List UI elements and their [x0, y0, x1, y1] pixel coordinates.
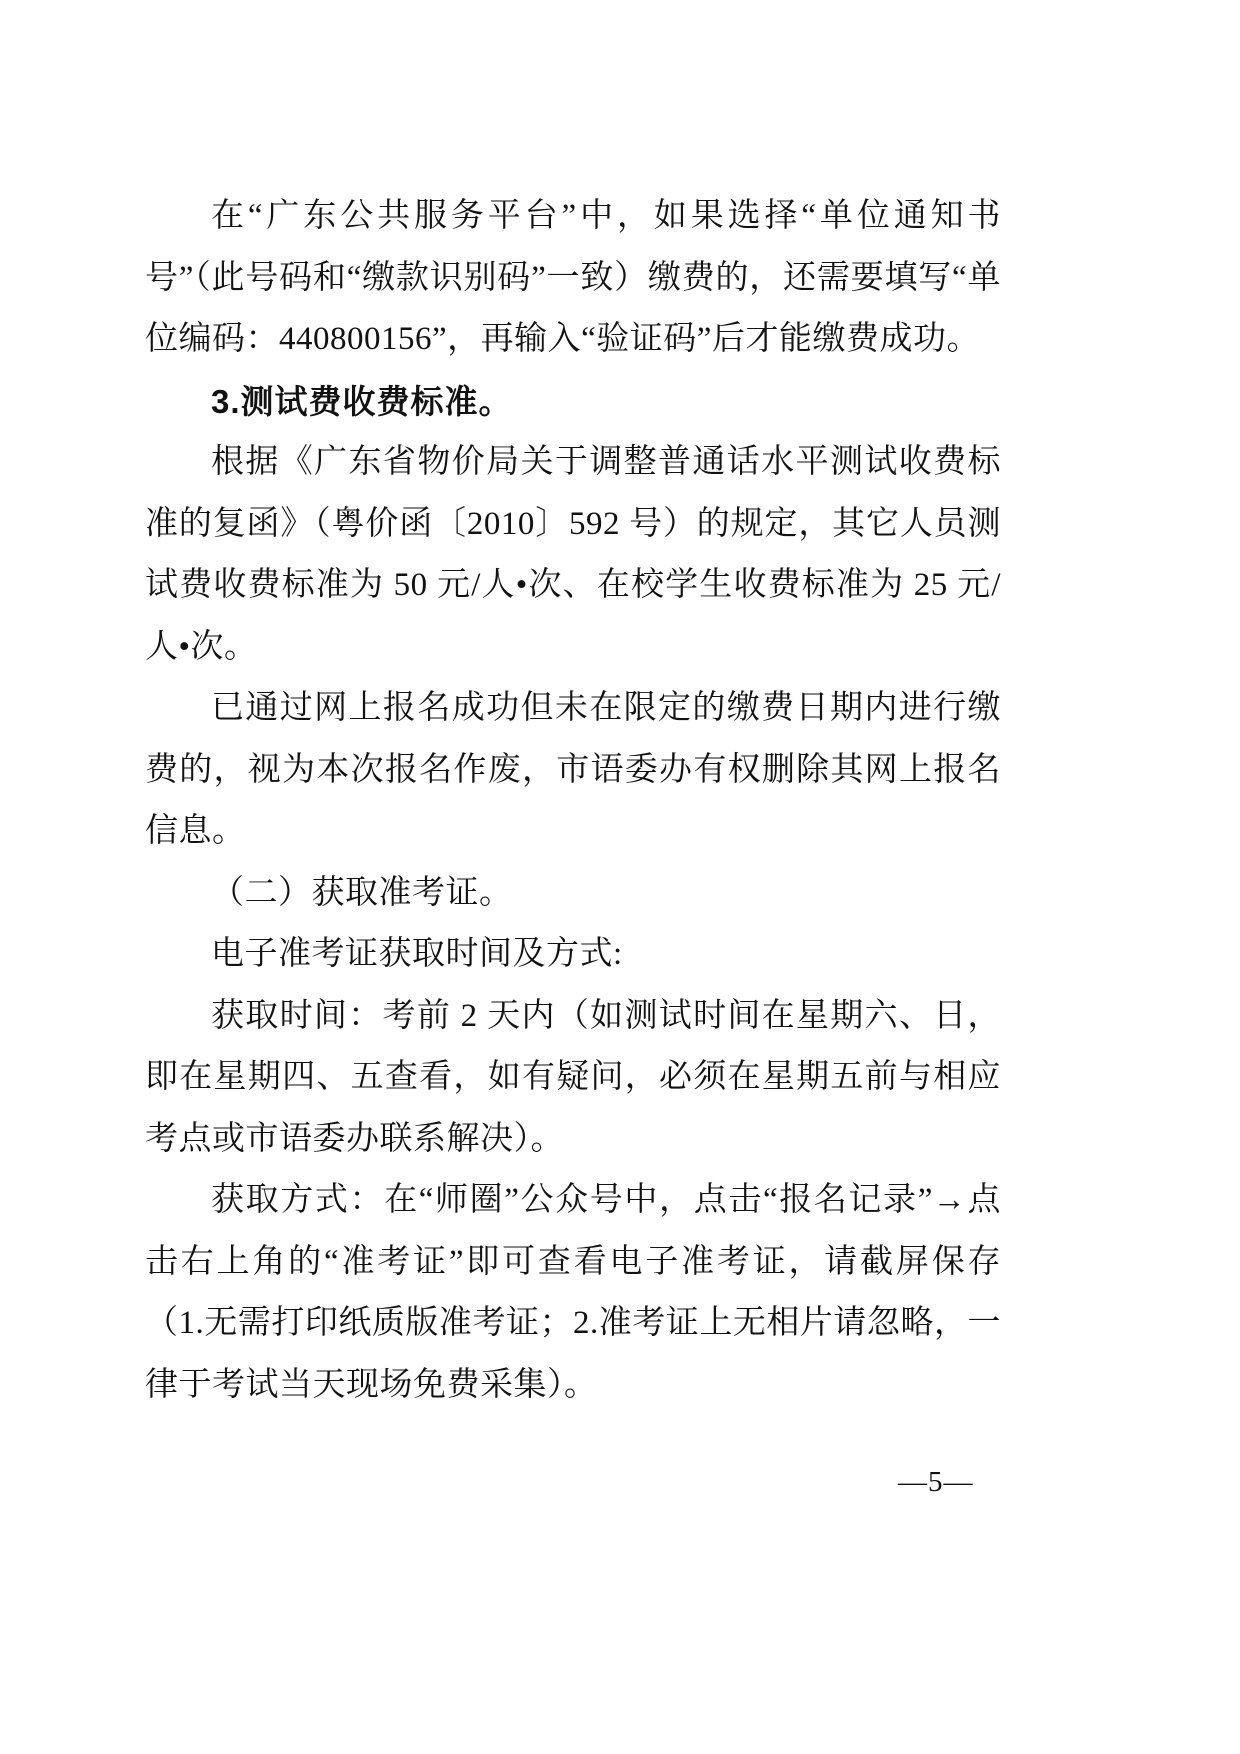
paragraph-unpaid-registration-void: 已通过网上报名成功但未在限定的缴费日期内进行缴费的，视为本次报名作废，市语委办有… — [145, 678, 1001, 863]
paragraph-eticket-time-and-method: 电子准考证获取时间及方式: — [145, 924, 1001, 986]
paragraph-obtain-time: 获取时间：考前 2 天内（如测试时间在星期六、日，即在星期四、五查看，如有疑问，… — [145, 986, 1001, 1171]
page-number: —5— — [898, 1466, 974, 1499]
document-body: 在“广东公共服务平台”中，如果选择“单位通知书号”（此号码和“缴款识别码”一致）… — [145, 186, 1001, 1416]
paragraph-obtain-method: 获取方式：在“师圈”公众号中，点击“报名记录”→点击右上角的“准考证”即可查看电… — [145, 1170, 1001, 1416]
heading-test-fee-standard: 3.测试费收费标准。 — [145, 371, 1001, 433]
paragraph-payment-platform: 在“广东公共服务平台”中，如果选择“单位通知书号”（此号码和“缴款识别码”一致）… — [145, 186, 1001, 371]
subheading-get-admission-ticket: （二）获取准考证。 — [145, 863, 1001, 925]
document-page: 在“广东公共服务平台”中，如果选择“单位通知书号”（此号码和“缴款识别码”一致）… — [0, 0, 1240, 1754]
paragraph-fee-regulation: 根据《广东省物价局关于调整普通话水平测试收费标准的复函》（粤价函〔2010〕59… — [145, 432, 1001, 678]
